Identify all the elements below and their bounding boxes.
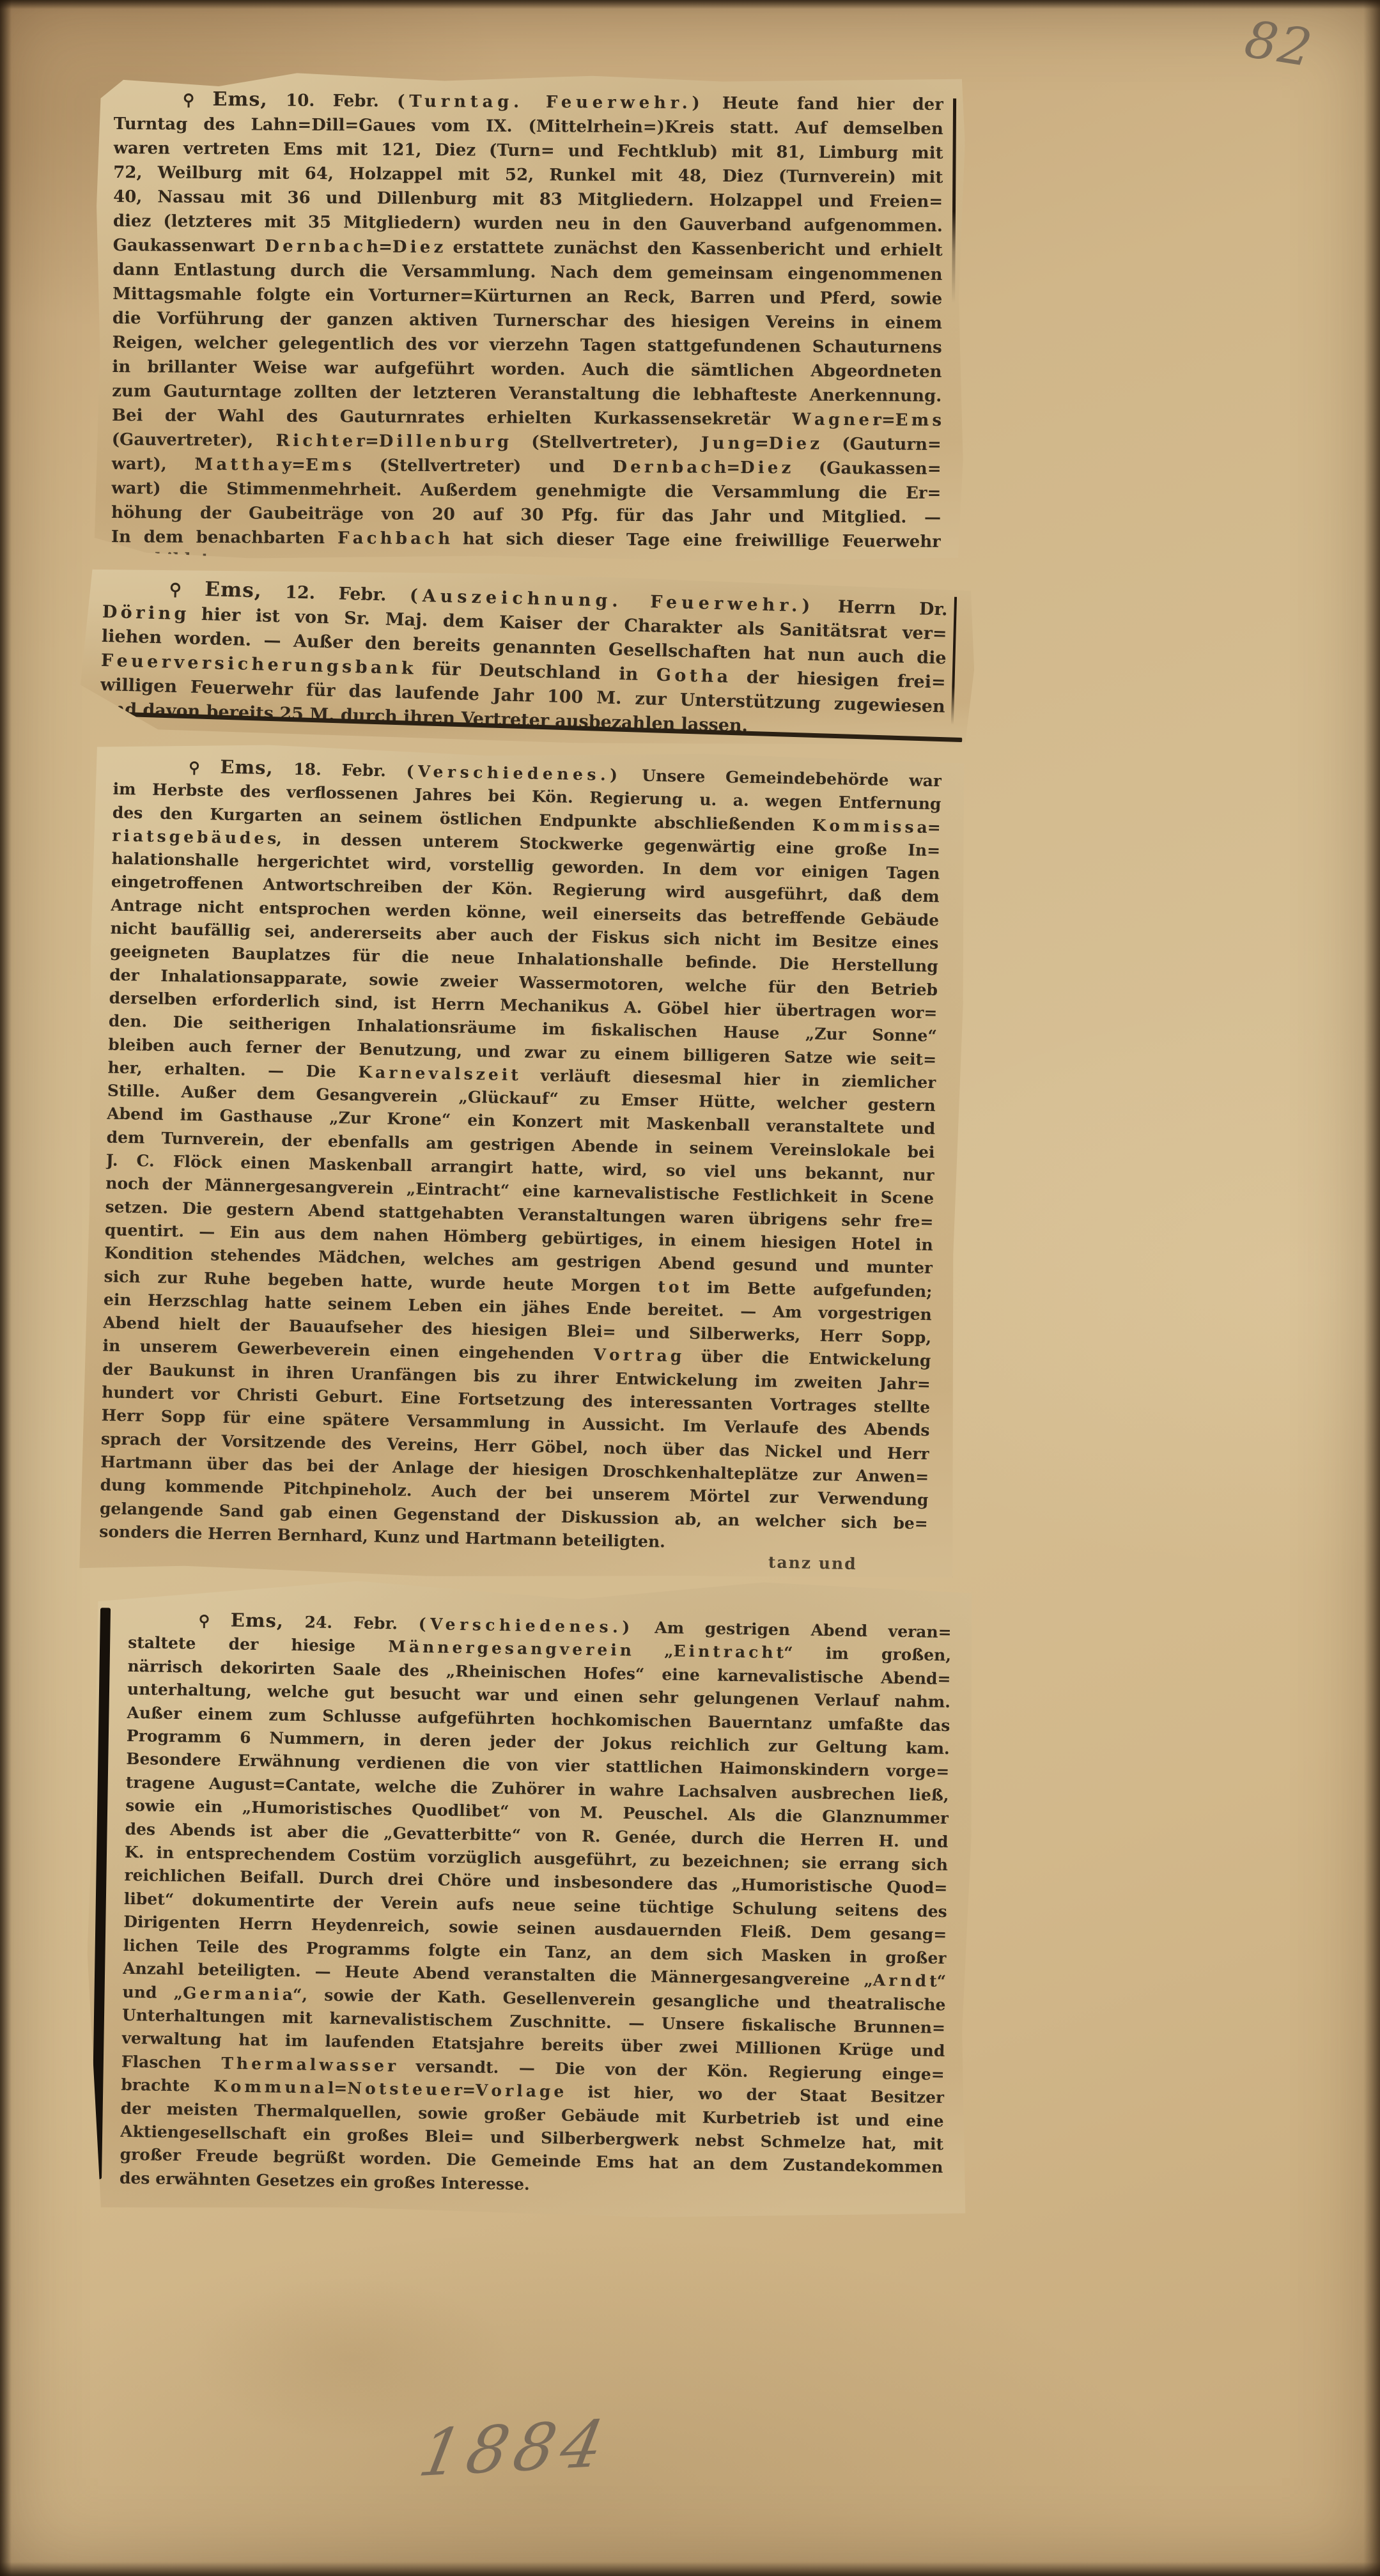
heading-rest: Heute fand hier der [722,94,943,114]
clipping-body: ⚲ Ems, 10. Febr. (Turntag. Feuerwehr.) H… [111,87,943,554]
dateline-date: 24. Febr. [304,1613,398,1633]
clipping-body: ⚲ Ems, 18. Febr. (Verschiedenes.) Unsere… [99,754,942,1559]
dateline-place: Ems, [212,88,268,111]
correspondent-mark-icon: ⚲ [169,580,182,600]
news-clipping-ems-18-feb: ⚲ Ems, 18. Febr. (Verschiedenes.) Unsere… [79,740,968,1586]
column-rule-icon [951,597,957,725]
paragraph-indent [128,1625,199,1626]
dateline-place: Ems, [231,1609,284,1631]
paragraph-indent [103,593,169,595]
dateline-date: 18. Febr. [293,760,386,780]
scan-edge [1363,0,1380,2576]
text-line: In dem benachbarten F a c h b a c h hat … [111,525,941,554]
correspondent-mark-icon: ⚲ [199,1612,210,1630]
scan-edge [0,2562,1380,2576]
dateline-date: 10. Febr. [286,91,379,111]
handwritten-year: 1884 [414,2406,616,2492]
paragraph-indent [114,105,183,105]
correspondent-mark-icon: ⚲ [183,91,194,109]
correspondent-mark-icon: ⚲ [189,759,200,777]
dateline-place: Ems, [205,578,262,602]
article-topic: (Turntag. Feuerwehr.) [397,92,704,113]
handwritten-page-number: 82 [1241,9,1317,78]
heading-rest: Herrn Dr. [837,597,948,619]
scan-edge [0,0,1380,9]
news-clipping-ems-10-feb: ⚲ Ems, 10. Febr. (Turntag. Feuerwehr.) H… [95,69,966,563]
paragraph-indent [113,772,189,773]
album-page: 82 ⚲ Ems, 10. Febr. (Turntag. Feuerwehr.… [0,0,1380,2576]
heading-rest: Unsere Gemeindebehörde war [642,766,942,791]
article-topic: (Verschiedenes.) [419,1615,634,1636]
dateline-place: Ems, [220,756,274,779]
article-topic: (Verschiedenes.) [406,762,621,784]
heading-rest: Am gestrigen Abend veran= [655,1618,952,1641]
dateline-date: 12. Febr. [285,582,387,605]
cut-off-line: gebildet. [133,550,215,561]
scrapbook-scan: 82 ⚲ Ems, 10. Febr. (Turntag. Feuerwehr.… [0,0,1380,2576]
news-clipping-ems-24-feb: ⚲ Ems, 24. Febr. (Verschiedenes.) Am ges… [83,1569,975,2223]
scan-edge [0,0,12,2576]
column-rule-icon [952,98,956,303]
news-clipping-ems-12-feb: ⚲ Ems, 12. Febr. (Auszeichnung. Feuerweh… [77,563,976,754]
column-rule-icon [91,1608,111,2179]
cut-off-fragment: tanz und [768,1553,857,1574]
clipping-body: ⚲ Ems, 24. Febr. (Verschiedenes.) Am ges… [120,1607,952,2203]
